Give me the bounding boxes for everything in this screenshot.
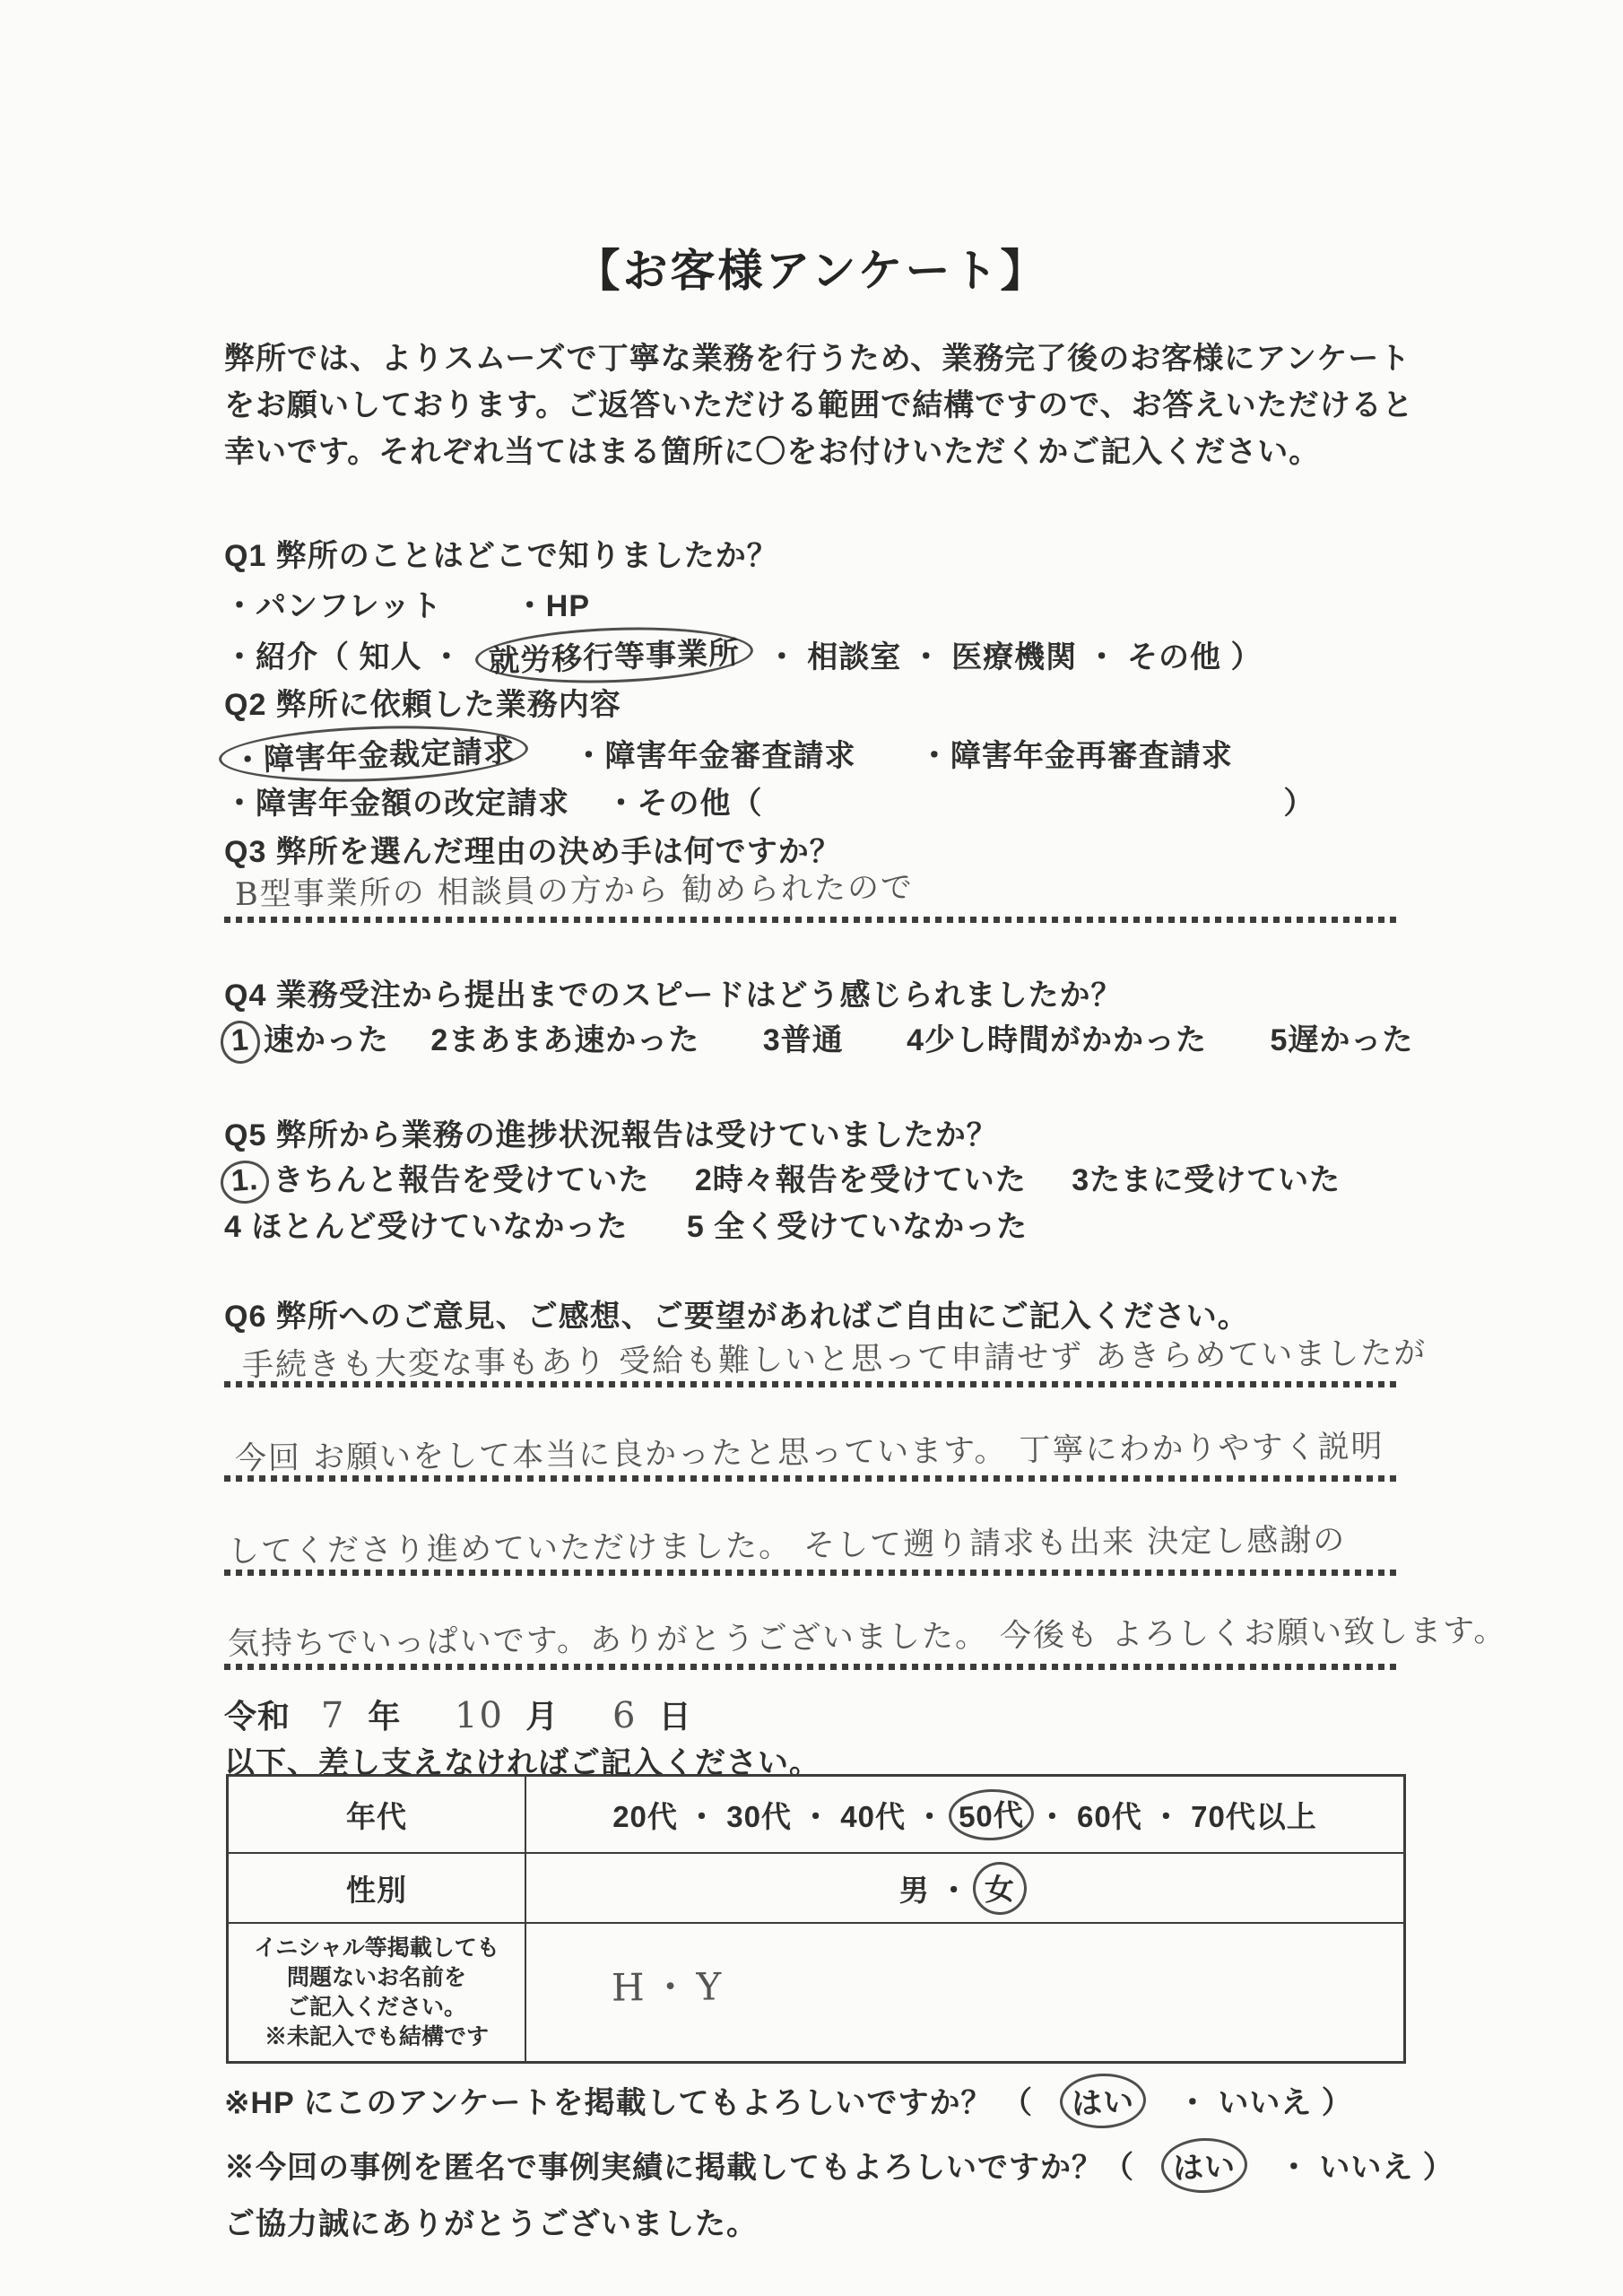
age-options-post: ・ 60代 ・ 70代以上	[1037, 1794, 1317, 1836]
case-publish-question-rest: ・ いいえ ）	[1279, 2151, 1454, 2185]
case-publish-question-text: ※今回の事例を匿名で事例実績に掲載してもよろしいですか？（	[224, 2151, 1134, 2185]
gender-options-pre: 男 ・	[899, 1867, 969, 1909]
year-unit-label: 年	[368, 1698, 401, 1735]
q6-answer-line-1: 手続きも大変な事もあり 受給も難しいと思って申請せず あきらめていましたが	[242, 1328, 1428, 1386]
q4-option-rather-fast: 2まあまあ速かった	[430, 1023, 699, 1057]
q5-circled-answer: 1.	[219, 1159, 271, 1205]
q1-heading: Q1 弊所のことはどこで知りましたか？	[224, 531, 778, 575]
q1-referral-suffix: ・ 相談室 ・ 医療機関 ・ その他 ）	[767, 640, 1263, 674]
q5-option-rarely: 3たまに受けていた	[1072, 1163, 1341, 1197]
initials-label-line: 問題ないお名前を	[287, 1963, 466, 1993]
q3-answer-handwriting: B型事業所の 相談員の方から 勧められたので	[235, 863, 914, 915]
gender-options-cell: 男 ・ 女	[526, 1852, 1403, 1922]
initials-value-cell: H・Y	[526, 1922, 1403, 2061]
q5-options-line-2: 4 ほとんど受けていなかった 5 全く受けていなかった	[224, 1202, 1028, 1246]
q1-circled-answer: 就労移行等事業所	[474, 623, 754, 688]
q2-circled-answer: ・障害年金裁定請求	[218, 721, 529, 787]
q2-option-other: ・その他（	[605, 787, 762, 821]
initials-label-line: イニシャル等掲載しても	[254, 1934, 499, 1963]
q5-options-line-1: 1.きちんと報告を受けていた 2時々報告を受けていた 3たまに受けていた	[221, 1155, 1341, 1204]
q1-referral-prefix: ・紹介（ 知人 ・	[224, 640, 463, 674]
era-label: 令和	[224, 1698, 291, 1735]
q6-answer-line-3: してくださり進めていただけました。 そして遡り請求も出来 決定し感謝の	[228, 1515, 1347, 1571]
day-unit-label: 日	[659, 1698, 692, 1735]
q4-heading: Q4 業務受注から提出までのスピードはどう感じられましたか？	[224, 970, 1122, 1014]
age-circled-answer: 50代	[948, 1787, 1035, 1841]
initials-label-line: ご記入ください。	[287, 1993, 466, 2022]
gender-row-label: 性別	[346, 1867, 407, 1909]
q2-options-line-1: ・障害年金裁定請求 ・障害年金審査請求 ・障害年金再審査請求	[219, 726, 1233, 781]
q4-option-slow: 5遅かった	[1271, 1023, 1414, 1057]
q1-option-hp: ・HP	[515, 589, 590, 623]
dotted-answer-line	[224, 1381, 1399, 1387]
q1-options-line-2: ・紹介（ 知人 ・ 就労移行等事業所 ・ 相談室 ・ 医療機関 ・ その他 ）	[224, 628, 1263, 683]
q6-answer-line-4: 気持ちでいっぱいです。ありがとうございました。 今後も よろしくお願い致します。	[228, 1606, 1507, 1665]
date-line: 令和 7 年 10 月 6 日	[224, 1692, 692, 1737]
case-publish-question: ※今回の事例を匿名で事例実績に掲載してもよろしいですか？（ はい ・ いいえ ）	[224, 2138, 1454, 2193]
case-publish-circled-yes: はい	[1160, 2136, 1248, 2194]
dotted-answer-line	[224, 1570, 1399, 1576]
initials-label-cell: イニシャル等掲載しても 問題ないお名前を ご記入ください。 ※未記入でも結構です	[229, 1922, 526, 2061]
q4-circled-answer: 1	[219, 1020, 261, 1065]
age-options-pre: 20代 ・ 30代 ・ 40代 ・	[612, 1794, 945, 1836]
initials-value-handwriting: H・Y	[612, 1957, 729, 2012]
intro-line: 幸いです。それぞれ当てはまる箇所に〇をお付けいただくかご記入ください。	[224, 427, 1320, 471]
hp-publish-question-text: ※HP にこのアンケートを掲載してもよろしいですか？ （	[224, 2086, 1033, 2120]
q2-other-close-paren: ）	[1283, 787, 1315, 821]
demographics-table: 年代 20代 ・ 30代 ・ 40代 ・ 50代 ・ 60代 ・ 70代以上 性…	[226, 1774, 1406, 2064]
q5-option-properly: きちんと報告を受けていた	[273, 1163, 649, 1197]
q4-option-normal: 3普通	[763, 1023, 844, 1057]
gender-circled-answer: 女	[972, 1860, 1028, 1915]
hp-publish-circled-yes: はい	[1059, 2072, 1147, 2129]
intro-line: 弊所では、よりスムーズで丁寧な業務を行うため、業務完了後のお客様にアンケート	[224, 334, 1410, 378]
year-value: 7	[321, 1695, 346, 1736]
q2-option-rereview: ・障害年金再審査請求	[919, 739, 1233, 773]
age-row-label-cell: 年代	[229, 1777, 526, 1852]
q1-options-line-1: ・パンフレット ・HP	[224, 581, 590, 625]
q4-option-bit-slow: 4少し時間がかかった	[907, 1023, 1207, 1057]
q2-options-line-2: ・障害年金額の改定請求 ・その他（ ）	[224, 778, 1315, 822]
q4-option-fast: 速かった	[264, 1023, 389, 1057]
scanned-survey-sheet: 【お客様アンケート】 弊所では、よりスムーズで丁寧な業務を行うため、業務完了後の…	[0, 0, 1623, 2296]
closing-thanks: ご協力誠にありがとうございました。	[224, 2199, 758, 2243]
q4-options-line: 1速かった 2まあまあ速かった 3普通 4少し時間がかかった 5遅かった	[221, 1015, 1413, 1064]
q2-heading: Q2 弊所に依頼した業務内容	[224, 680, 621, 724]
dotted-answer-line	[224, 1475, 1399, 1482]
page-title: 【お客様アンケート】	[0, 235, 1623, 300]
hp-publish-question: ※HP にこのアンケートを掲載してもよろしいですか？ （ はい ・ いいえ ）	[224, 2074, 1353, 2128]
dotted-answer-line	[224, 917, 1399, 923]
q5-option-sometimes: 2時々報告を受けていた	[695, 1163, 1027, 1197]
month-unit-label: 月	[525, 1698, 559, 1735]
intro-line: をお願いしております。ご返答いただける範囲で結構ですので、お答えいただけると	[224, 380, 1414, 424]
q2-option-review: ・障害年金審査請求	[573, 739, 855, 773]
initials-label-line: ※未記入でも結構です	[265, 2022, 489, 2052]
q5-option-hardly: 4 ほとんど受けていなかった	[224, 1210, 628, 1244]
q6-heading: Q6 弊所へのご意見、ご感想、ご要望があればご自由にご記入ください。	[224, 1291, 1249, 1335]
month-value: 10	[455, 1695, 504, 1737]
q5-heading: Q5 弊所から業務の進捗状況報告は受けていましたか？	[224, 1110, 998, 1154]
q5-option-never: 5 全く受けていなかった	[687, 1210, 1028, 1244]
q6-answer-line-2: 今回 お願いをして本当に良かったと思っています。 丁寧にわかりやすく説明	[235, 1422, 1384, 1478]
gender-row-label-cell: 性別	[229, 1852, 526, 1922]
age-row-label: 年代	[346, 1794, 407, 1836]
day-value: 6	[612, 1695, 637, 1736]
age-options-cell: 20代 ・ 30代 ・ 40代 ・ 50代 ・ 60代 ・ 70代以上	[526, 1777, 1403, 1852]
q1-option-pamphlet: ・パンフレット	[224, 589, 442, 623]
q2-option-revision: ・障害年金額の改定請求	[224, 787, 569, 821]
dotted-answer-line	[224, 1664, 1399, 1670]
hp-publish-question-rest: ・ いいえ ）	[1177, 2086, 1353, 2120]
